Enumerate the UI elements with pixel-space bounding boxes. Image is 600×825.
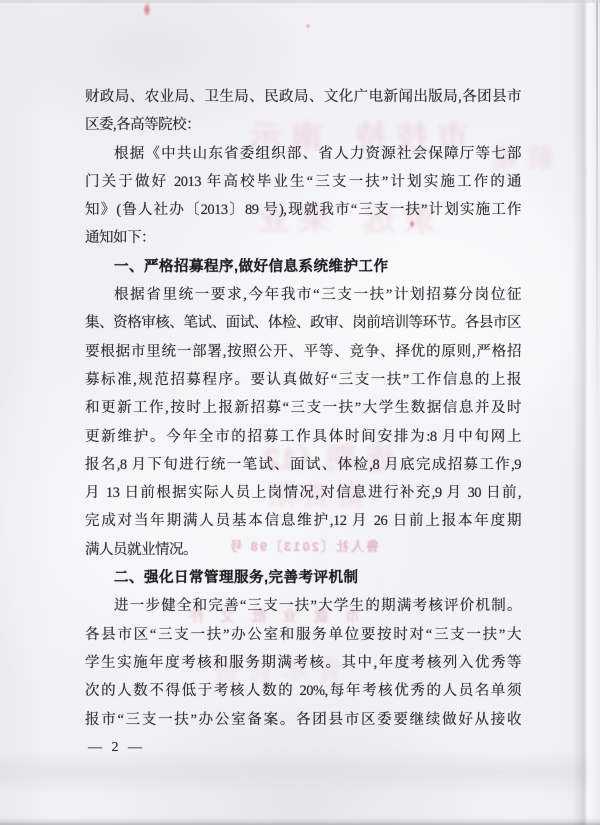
doc-line: 月 13 日前根据实际人员上岗情况,对信息进行补充,9 月 30 日前,	[85, 479, 521, 507]
doc-line: 通知如下：	[85, 224, 521, 252]
doc-line: 财政局、农业局、卫生局、民政局、文化广电新闻出版局,各团县市	[85, 83, 521, 111]
doc-line: 报名,8 月下旬进行统一笔试、面试、体检,8 月底完成招募工作,9	[85, 451, 521, 479]
document-body: 财政局、农业局、卫生局、民政局、文化广电新闻出版局,各团县市 区委,各高等院校：…	[85, 83, 521, 734]
page-top-edge	[0, 0, 600, 3]
doc-line: 要根据市里统一部署,按照公开、平等、竞争、择优的原则,严格招	[85, 338, 521, 366]
section-heading-1: 一、严格招募程序,做好信息系统维护工作	[85, 253, 521, 281]
doc-line: 报市“三支一扶”办公室备案。各团县市区委要继续做好从接收	[85, 706, 521, 734]
red-ink-smudge	[143, 2, 151, 17]
doc-line: 学生实施年度考核和服务期满考核。其中,年度考核列入优秀等	[85, 649, 521, 677]
page-edge-line	[596, 0, 598, 430]
doc-line: 募标准,规范招募程序。要认真做好“三支一扶”工作信息的上报	[85, 366, 521, 394]
doc-line: 更新维护。今年全市的招募工作具体时间安排为:8 月中旬网上	[85, 423, 521, 451]
doc-line: 次的人数不得低于考核人数的 20%,每年考核优秀的人员名单须	[85, 677, 521, 705]
section-heading-2: 二、强化日常管理服务,完善考评机制	[85, 564, 521, 592]
doc-line: 区委,各高等院校：	[85, 111, 521, 139]
doc-line: 根据《中共山东省委组织部、省人力资源社会保障厅等七部	[85, 140, 521, 168]
doc-line: 门关于做好 2013 年高校毕业生“三支一扶”计划实施工作的通	[85, 168, 521, 196]
doc-line: 知》(鲁人社办〔2013〕89 号),现就我市“三支一扶”计划实施工作	[85, 196, 521, 224]
doc-line: 进一步健全和完善“三支一扶”大学生的期满考核评价机制。	[85, 592, 521, 620]
red-ink-smudge	[305, 23, 311, 29]
doc-line: 集、资格审核、笔试、面试、体检、政审、岗前培训等环节。各县市区	[85, 309, 521, 337]
doc-line: 满人员就业情况。	[85, 536, 521, 564]
doc-line: 根据省里统一要求,今年我市“三支一扶”计划招募分岗位征	[85, 281, 521, 309]
page-bottom-edge	[0, 818, 600, 825]
doc-line: 和更新工作,按时上报新招募“三支一扶”大学生数据信息并及时	[85, 394, 521, 422]
page-number: — 2 —	[88, 734, 145, 762]
doc-line: 完成对当年期满人员基本信息维护,12 月 26 日前上报本年度期	[85, 507, 521, 535]
doc-line: 各县市区“三支一扶”办公室和服务单位要按时对“三支一扶”大	[85, 621, 521, 649]
